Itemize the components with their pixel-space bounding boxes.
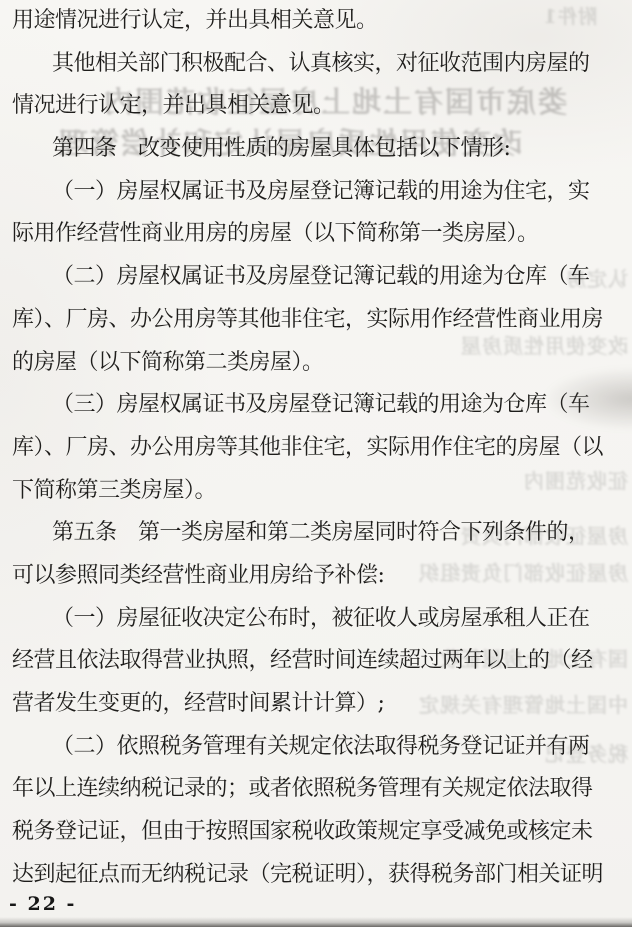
text-line: （二）房屋权属证书及房屋登记簿记载的用途为仓库（车 — [12, 256, 598, 299]
text-line-article-5: 第五条 第一类房屋和第二类房屋同时符合下列条件的， — [12, 512, 598, 555]
text-line: （三）房屋权属证书及房屋登记簿记载的用途为仓库（车 — [12, 384, 598, 427]
text-line: 下简称第三类房屋）。 — [12, 470, 598, 513]
text-line: 其他相关部门积极配合、认真核实，对征收范围内房屋的 — [12, 43, 598, 86]
text-line: 库）、厂房、办公用房等其他非住宅，实际用作经营性商业用房 — [12, 299, 598, 342]
scanned-document-page: 附件1 娄底市国有土地上房屋征收范围内 改变使用性质房屋认定和补偿管理 认定房 … — [0, 0, 632, 927]
page-number: - 22 - — [9, 893, 76, 915]
text-line: 经营且依法取得营业执照，经营时间连续超过两年以上的（经 — [12, 640, 598, 683]
document-body: 用途情况进行认定，并出具相关意见。 其他相关部门积极配合、认真核实，对征收范围内… — [12, 0, 598, 896]
page-bottom-edge-shadow — [0, 917, 632, 927]
text-line: 可以参照同类经营性商业用房给予补偿: — [12, 555, 598, 598]
text-line: 库）、厂房、办公用房等其他非住宅，实际用作住宅的房屋（以 — [12, 427, 598, 470]
text-line: 际用作经营性商业用房的房屋（以下简称第一类房屋）。 — [12, 213, 598, 256]
text-line: 营者发生变更的，经营时间累计计算）; — [12, 683, 598, 726]
text-line: （二）依照税务管理有关规定依法取得税务登记证并有两 — [12, 726, 598, 769]
text-line: 的房屋（以下简称第二类房屋）。 — [12, 342, 598, 385]
text-line: 用途情况进行认定，并出具相关意见。 — [12, 0, 598, 43]
text-line-article-4: 第四条 改变使用性质的房屋具体包括以下情形: — [12, 128, 598, 171]
text-line: 税务登记证，但由于按照国家税收政策规定享受减免或核定未 — [12, 811, 598, 854]
text-line: 达到起征点而无纳税记录（完税证明），获得税务部门相关证明 — [12, 854, 598, 897]
text-line: 年以上连续纳税记录的；或者依照税务管理有关规定依法取得 — [12, 768, 598, 811]
text-line: （一）房屋征收决定公布时，被征收人或房屋承租人正在 — [12, 598, 598, 641]
text-line: （一）房屋权属证书及房屋登记簿记载的用途为住宅，实 — [12, 171, 598, 214]
text-line: 情况进行认定，并出具相关意见。 — [12, 85, 598, 128]
